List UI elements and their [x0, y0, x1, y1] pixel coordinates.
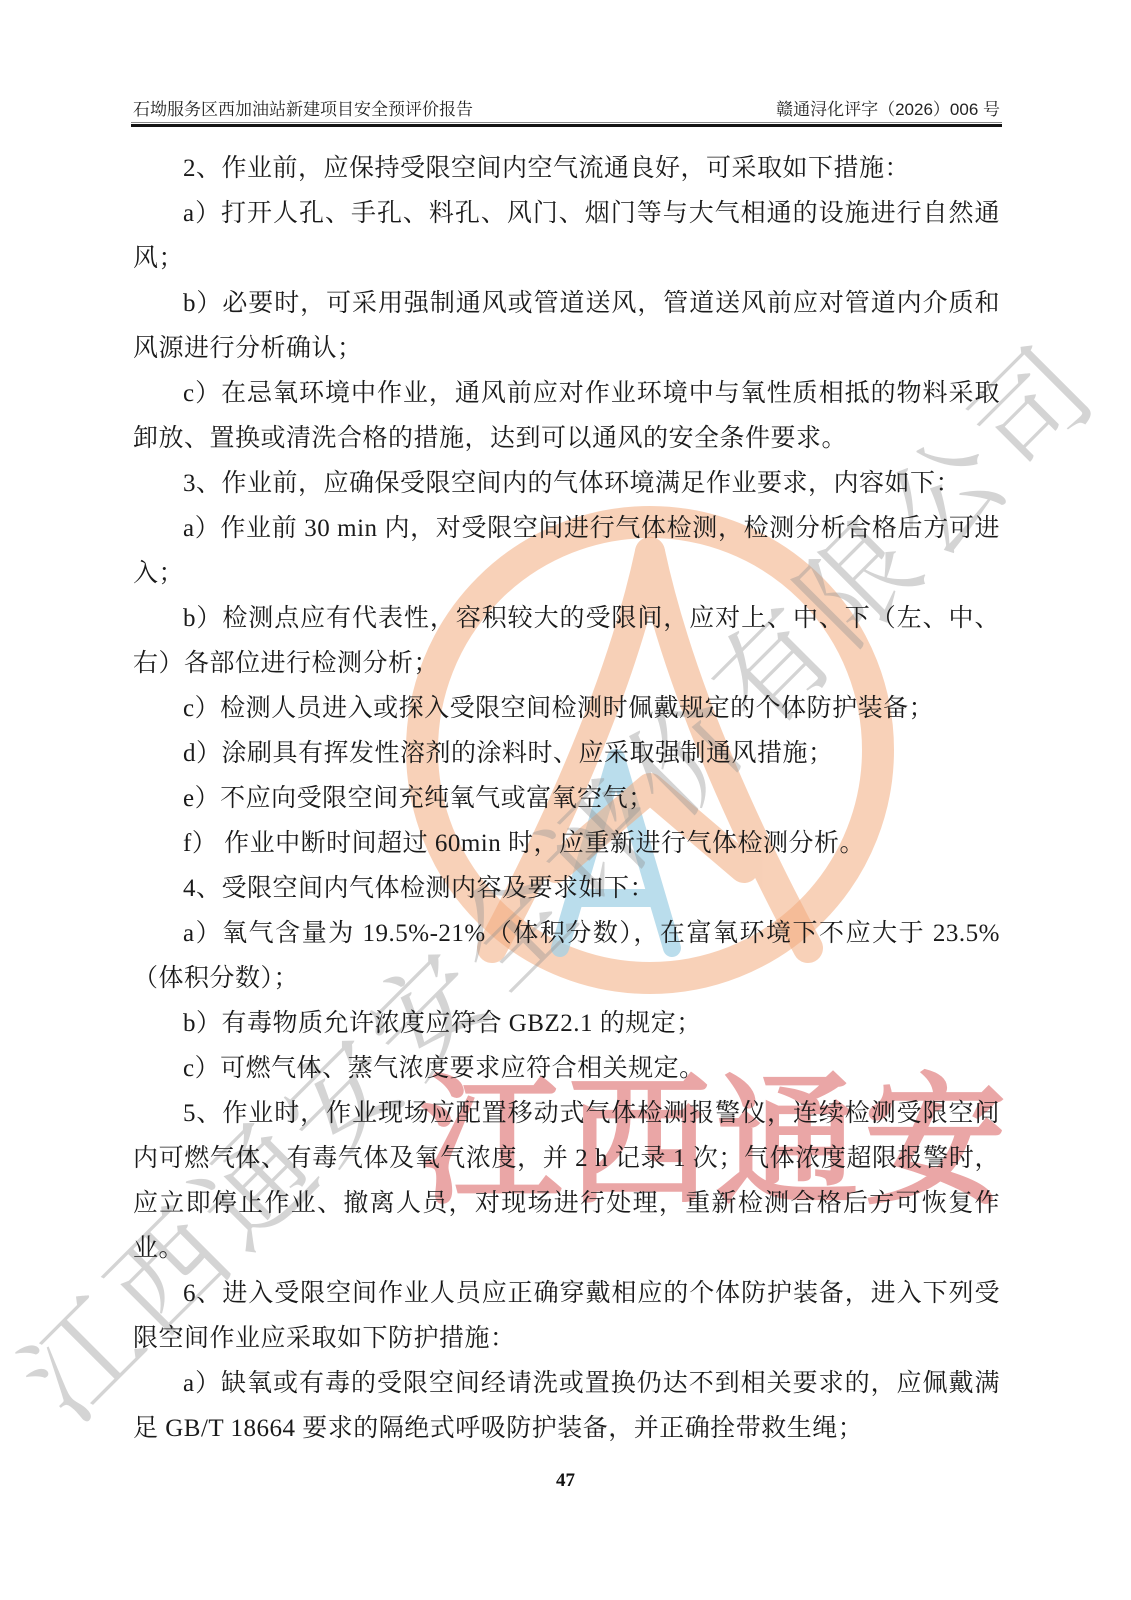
page-content: 石坳服务区西加油站新建项目安全预评价报告 赣通浔化评字（2026）006 号 2…: [0, 0, 1131, 1600]
paragraph: a）作业前 30 min 内，对受限空间进行气体检测，检测分析合格后方可进入；: [133, 506, 1000, 596]
paragraph: b）有毒物质允许浓度应符合 GBZ2.1 的规定；: [133, 1001, 1000, 1046]
paragraph: 6、进入受限空间作业人员应正确穿戴相应的个体防护装备，进入下列受限空间作业应采取…: [133, 1271, 1000, 1361]
paragraph: c）可燃气体、蒸气浓度要求应符合相关规定。: [133, 1046, 1000, 1091]
paragraph: 2、作业前，应保持受限空间内空气流通良好，可采取如下措施：: [133, 146, 1000, 191]
document-page: 江西通安安全评价有限公司 江西通安 石坳服务区西加油站新建项目安全预评价报告 赣…: [0, 0, 1131, 1600]
page-number: 47: [0, 1470, 1131, 1492]
header-doc-number: 赣通浔化评字（2026）006 号: [776, 95, 1000, 120]
paragraph: d）涂刷具有挥发性溶剂的涂料时、应采取强制通风措施；: [133, 731, 1000, 776]
paragraph: a）打开人孔、手孔、料孔、风门、烟门等与大气相通的设施进行自然通风；: [133, 191, 1000, 281]
paragraph: f） 作业中断时间超过 60min 时，应重新进行气体检测分析。: [133, 821, 1000, 866]
header-report-title: 石坳服务区西加油站新建项目安全预评价报告: [133, 95, 473, 120]
paragraph: 3、作业前，应确保受限空间内的气体环境满足作业要求，内容如下：: [133, 461, 1000, 506]
paragraph: a）缺氧或有毒的受限空间经请洗或置换仍达不到相关要求的，应佩戴满足 GB/T 1…: [133, 1361, 1000, 1451]
paragraph: b）检测点应有代表性，容积较大的受限间，应对上、中、下（左、中、右）各部位进行检…: [133, 596, 1000, 686]
page-header: 石坳服务区西加油站新建项目安全预评价报告 赣通浔化评字（2026）006 号: [133, 90, 1000, 120]
paragraph: 5、作业时，作业现场应配置移动式气体检测报警仪，连续检测受限空间内可燃气体、有毒…: [133, 1091, 1000, 1271]
paragraph: b）必要时，可采用强制通风或管道送风，管道送风前应对管道内介质和风源进行分析确认…: [133, 281, 1000, 371]
paragraph: c）在忌氧环境中作业，通风前应对作业环境中与氧性质相抵的物料采取卸放、置换或清洗…: [133, 371, 1000, 461]
paragraph: 4、受限空间内气体检测内容及要求如下：: [133, 866, 1000, 911]
header-divider: [131, 122, 1002, 128]
body-paragraphs: 2、作业前，应保持受限空间内空气流通良好，可采取如下措施：a）打开人孔、手孔、料…: [133, 146, 1000, 1451]
paragraph: a）氧气含量为 19.5%-21%（体积分数），在富氧环境下不应大于 23.5%…: [133, 911, 1000, 1001]
paragraph: c）检测人员进入或探入受限空间检测时佩戴规定的个体防护装备；: [133, 686, 1000, 731]
paragraph: e）不应向受限空间充纯氧气或富氧空气；: [133, 776, 1000, 821]
